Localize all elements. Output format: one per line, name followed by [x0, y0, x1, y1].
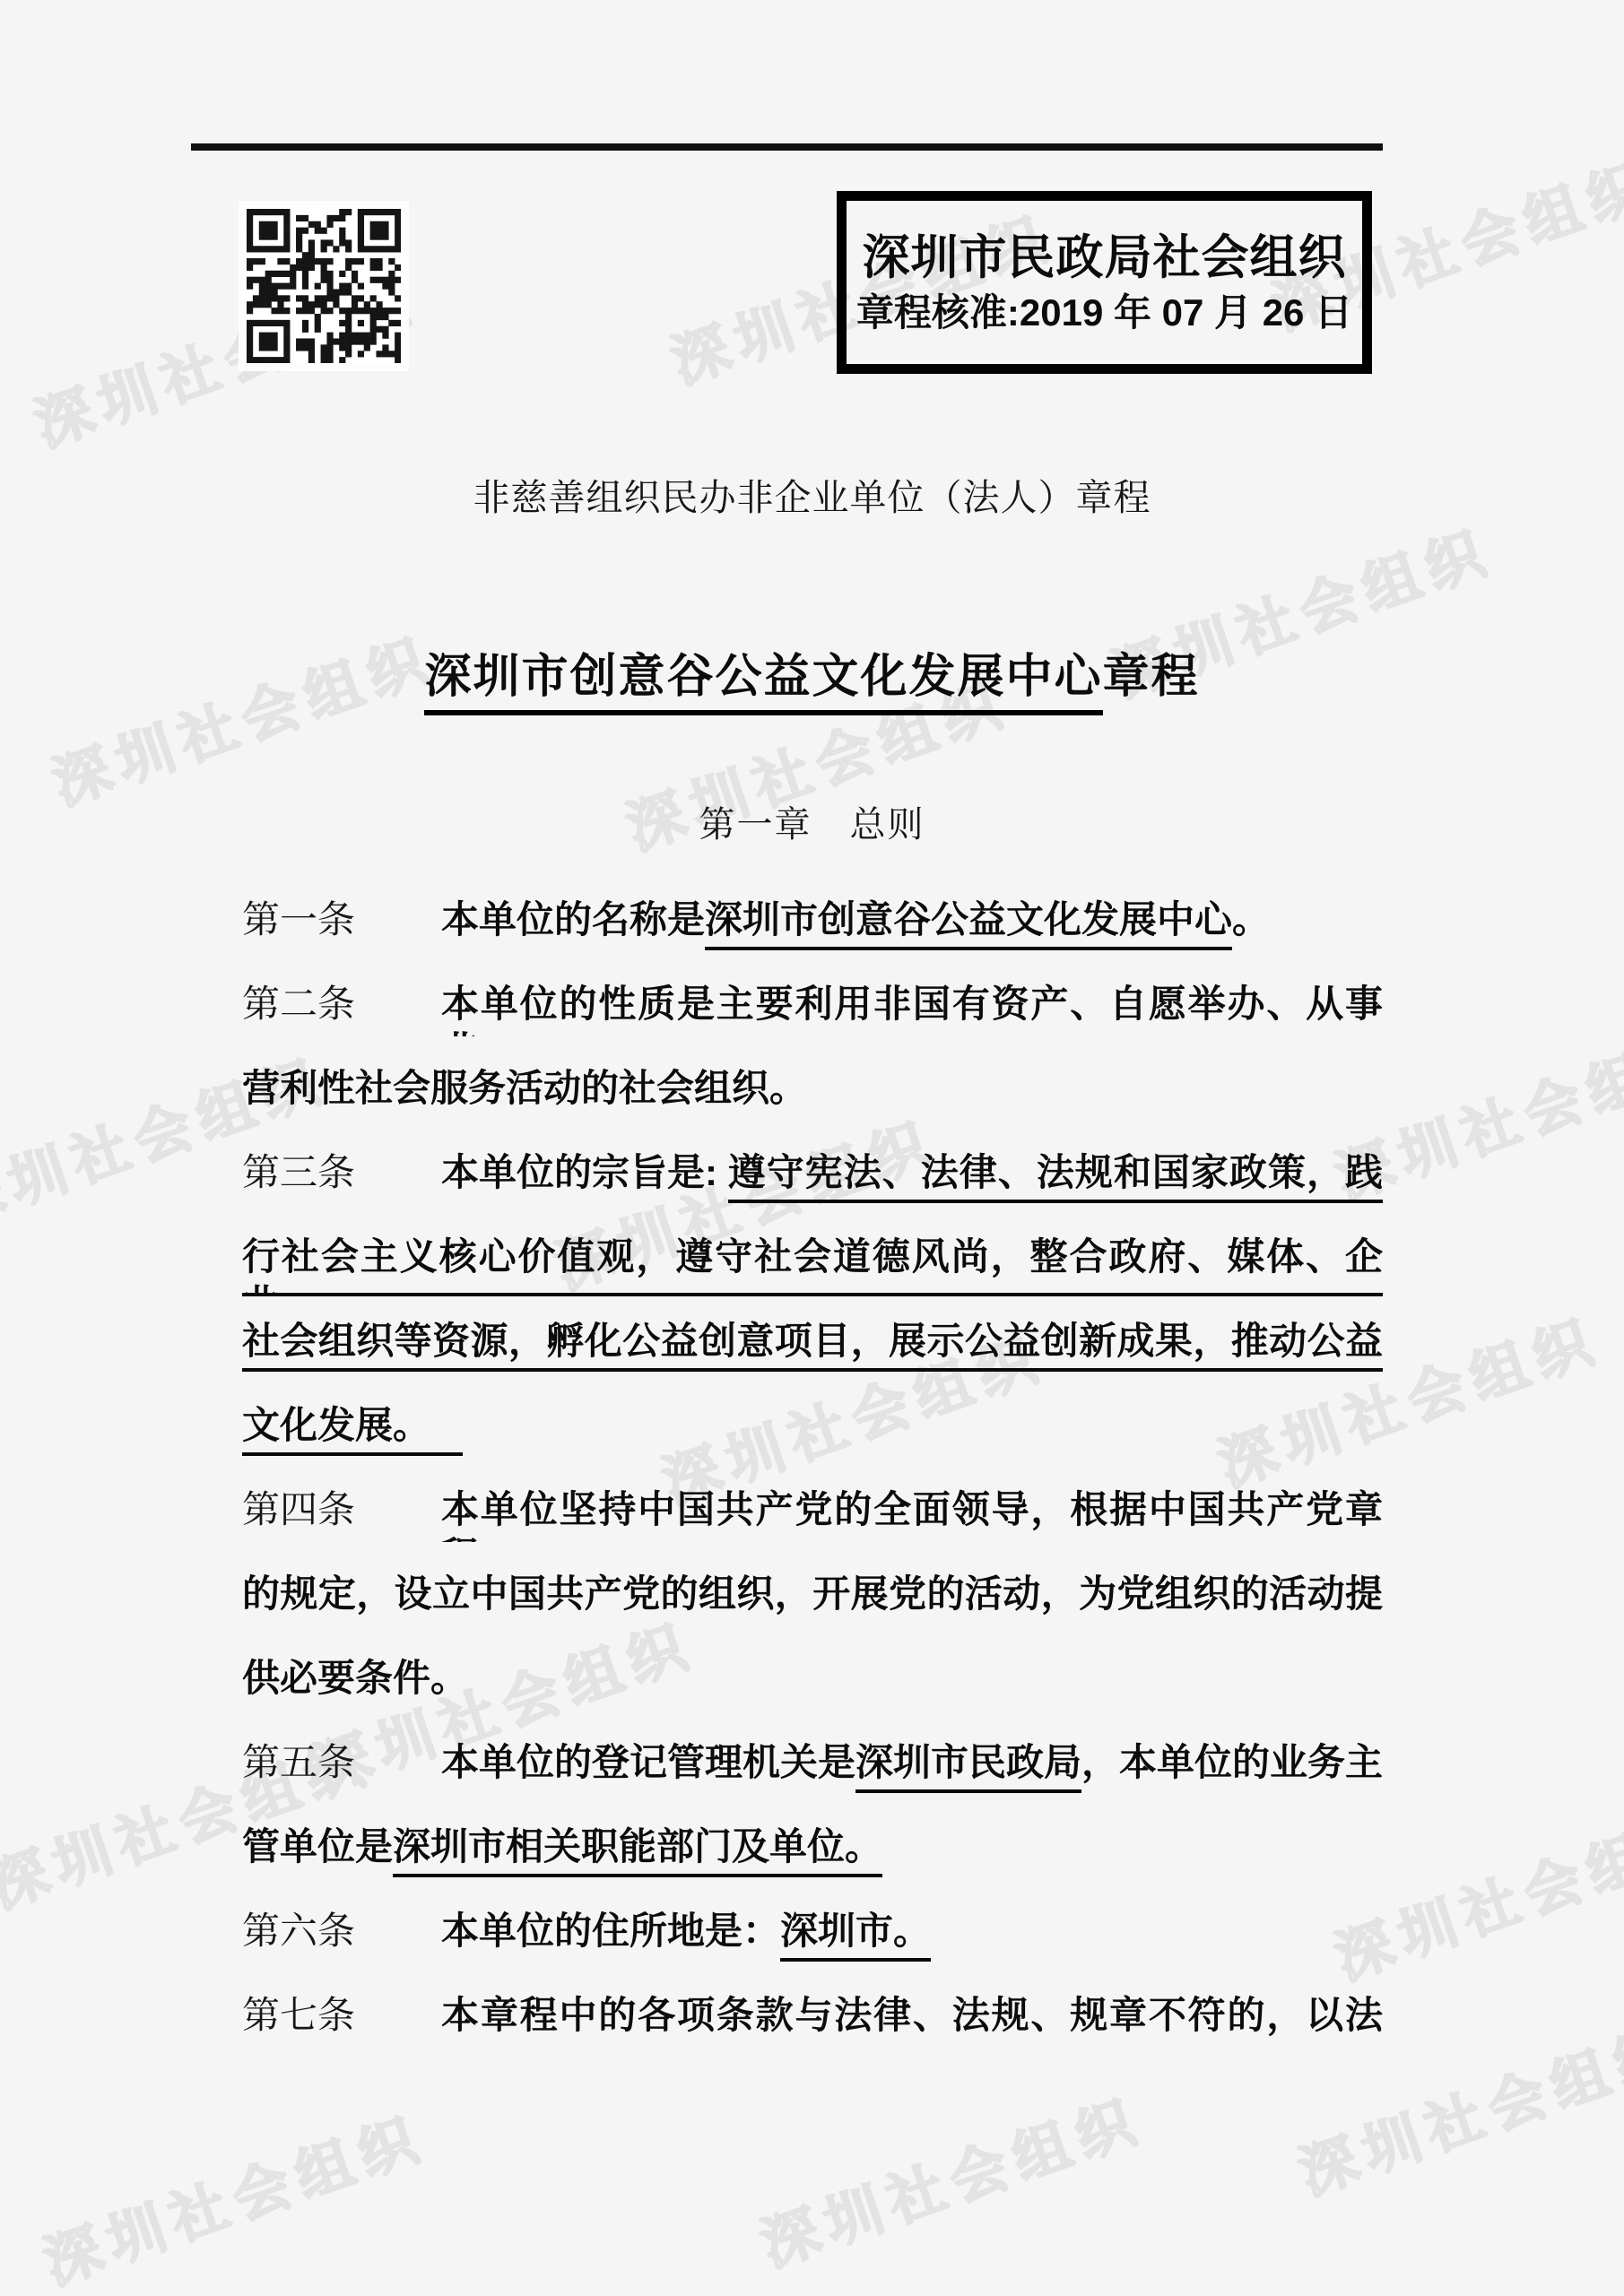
main-title: 深圳市创意谷公益文化发展中心章程	[0, 638, 1624, 706]
text-segment: 本单位的宗旨是:	[441, 1149, 728, 1196]
body-line: 第二条本单位的性质是主要利用非国有资产、自愿举办、从事非	[242, 967, 1383, 1052]
text-segment: 本单位的登记管理机关是	[441, 1739, 855, 1786]
articles: 第一条本单位的名称是深圳市创意谷公益文化发展中心。第二条本单位的性质是主要利用非…	[242, 883, 1383, 2063]
approval-box: 深圳市民政局社会组织 章程核准:2019 年 07 月 26 日	[837, 191, 1372, 374]
article-number: 第三条	[242, 1150, 355, 1197]
top-rule	[191, 143, 1383, 151]
text-segment: 社会组织等资源，孵化公益创意项目，展示公益创新成果，推动公益	[242, 1318, 1383, 1372]
main-title-name: 深圳市创意谷公益文化发展中心	[424, 651, 1102, 715]
approval-box-date: 章程核准:2019 年 07 月 26 日	[856, 294, 1352, 332]
article-number: 第二条	[242, 982, 355, 1028]
approval-box-title: 深圳市民政局社会组织	[863, 234, 1347, 282]
chapter-heading: 第一章 总则	[0, 796, 1624, 847]
article-number: 第五条	[242, 1740, 355, 1787]
body-line: 第五条本单位的登记管理机关是深圳市民政局，本单位的业务主	[242, 1726, 1383, 1810]
text-segment: 供必要条件。	[242, 1655, 468, 1702]
body-line: 供必要条件。	[242, 1642, 1383, 1726]
body-line: 第七条本章程中的各项条款与法律、法规、规章不符的，以法	[242, 1979, 1383, 2063]
text-segment: 行社会主义核心价值观，遵守社会道德风尚，整合政府、媒体、企业、	[242, 1234, 1383, 1296]
body-line: 第三条本单位的宗旨是: 遵守宪法、法律、法规和国家政策，践	[242, 1136, 1383, 1220]
text-segment: ，本单位的业务主	[1081, 1739, 1383, 1786]
body-line: 第四条本单位坚持中国共产党的全面领导，根据中国共产党章程	[242, 1473, 1383, 1557]
article-number: 第七条	[242, 1993, 355, 2040]
text-segment: 深圳市。	[780, 1908, 931, 1962]
text-segment: 本单位坚持中国共产党的全面领导，根据中国共产党章程	[441, 1486, 1383, 1542]
body-line: 社会组织等资源，孵化公益创意项目，展示公益创新成果，推动公益	[242, 1304, 1383, 1389]
document-page: 深圳社会组织深圳社会组织深圳社会组织深圳社会组织深圳社会组织深圳社会组织深圳社会…	[0, 0, 1624, 2296]
text-segment: 本章程中的各项条款与法律、法规、规章不符的，以法	[441, 1992, 1383, 2039]
text-segment: 营利性社会服务活动的社会组织。	[242, 1065, 807, 1112]
text-segment: 本单位的性质是主要利用非国有资产、自愿举办、从事非	[441, 981, 1383, 1036]
text-segment: 深圳市民政局	[855, 1739, 1081, 1793]
text-segment: 的规定，设立中国共产党的组织，开展党的活动，为党组织的活动提	[242, 1571, 1383, 1617]
body-line: 营利性社会服务活动的社会组织。	[242, 1052, 1383, 1136]
text-segment: 深圳市相关职能部门及单位。	[393, 1824, 882, 1877]
body-line: 第六条本单位的住所地是：深圳市。	[242, 1894, 1383, 1979]
body-line: 第一条本单位的名称是深圳市创意谷公益文化发展中心。	[242, 883, 1383, 967]
article-number: 第四条	[242, 1487, 355, 1534]
body-line: 管单位是深圳市相关职能部门及单位。	[242, 1810, 1383, 1894]
text-segment: 。	[1232, 897, 1270, 943]
text-segment: 遵守宪法、法律、法规和国家政策，践	[728, 1149, 1383, 1203]
body-line: 的规定，设立中国共产党的组织，开展党的活动，为党组织的活动提	[242, 1557, 1383, 1642]
form-title: 非慈善组织民办非企业单位（法人）章程	[0, 468, 1624, 521]
main-title-suffix: 章程	[1103, 651, 1200, 703]
text-segment: 管单位是	[242, 1824, 393, 1870]
body-line: 文化发展。	[242, 1389, 1383, 1473]
text-segment: 本单位的住所地是：	[441, 1908, 780, 1954]
article-number: 第六条	[242, 1909, 355, 1955]
body-line: 行社会主义核心价值观，遵守社会道德风尚，整合政府、媒体、企业、	[242, 1220, 1383, 1304]
text-segment: 文化发展。	[242, 1402, 463, 1456]
text-segment: 深圳市创意谷公益文化发展中心	[705, 897, 1232, 950]
qr-code	[239, 201, 409, 371]
text-segment: 本单位的名称是	[441, 897, 705, 943]
content-layer: 深圳市民政局社会组织 章程核准:2019 年 07 月 26 日 非慈善组织民办…	[0, 0, 1624, 2296]
article-number: 第一条	[242, 897, 355, 944]
